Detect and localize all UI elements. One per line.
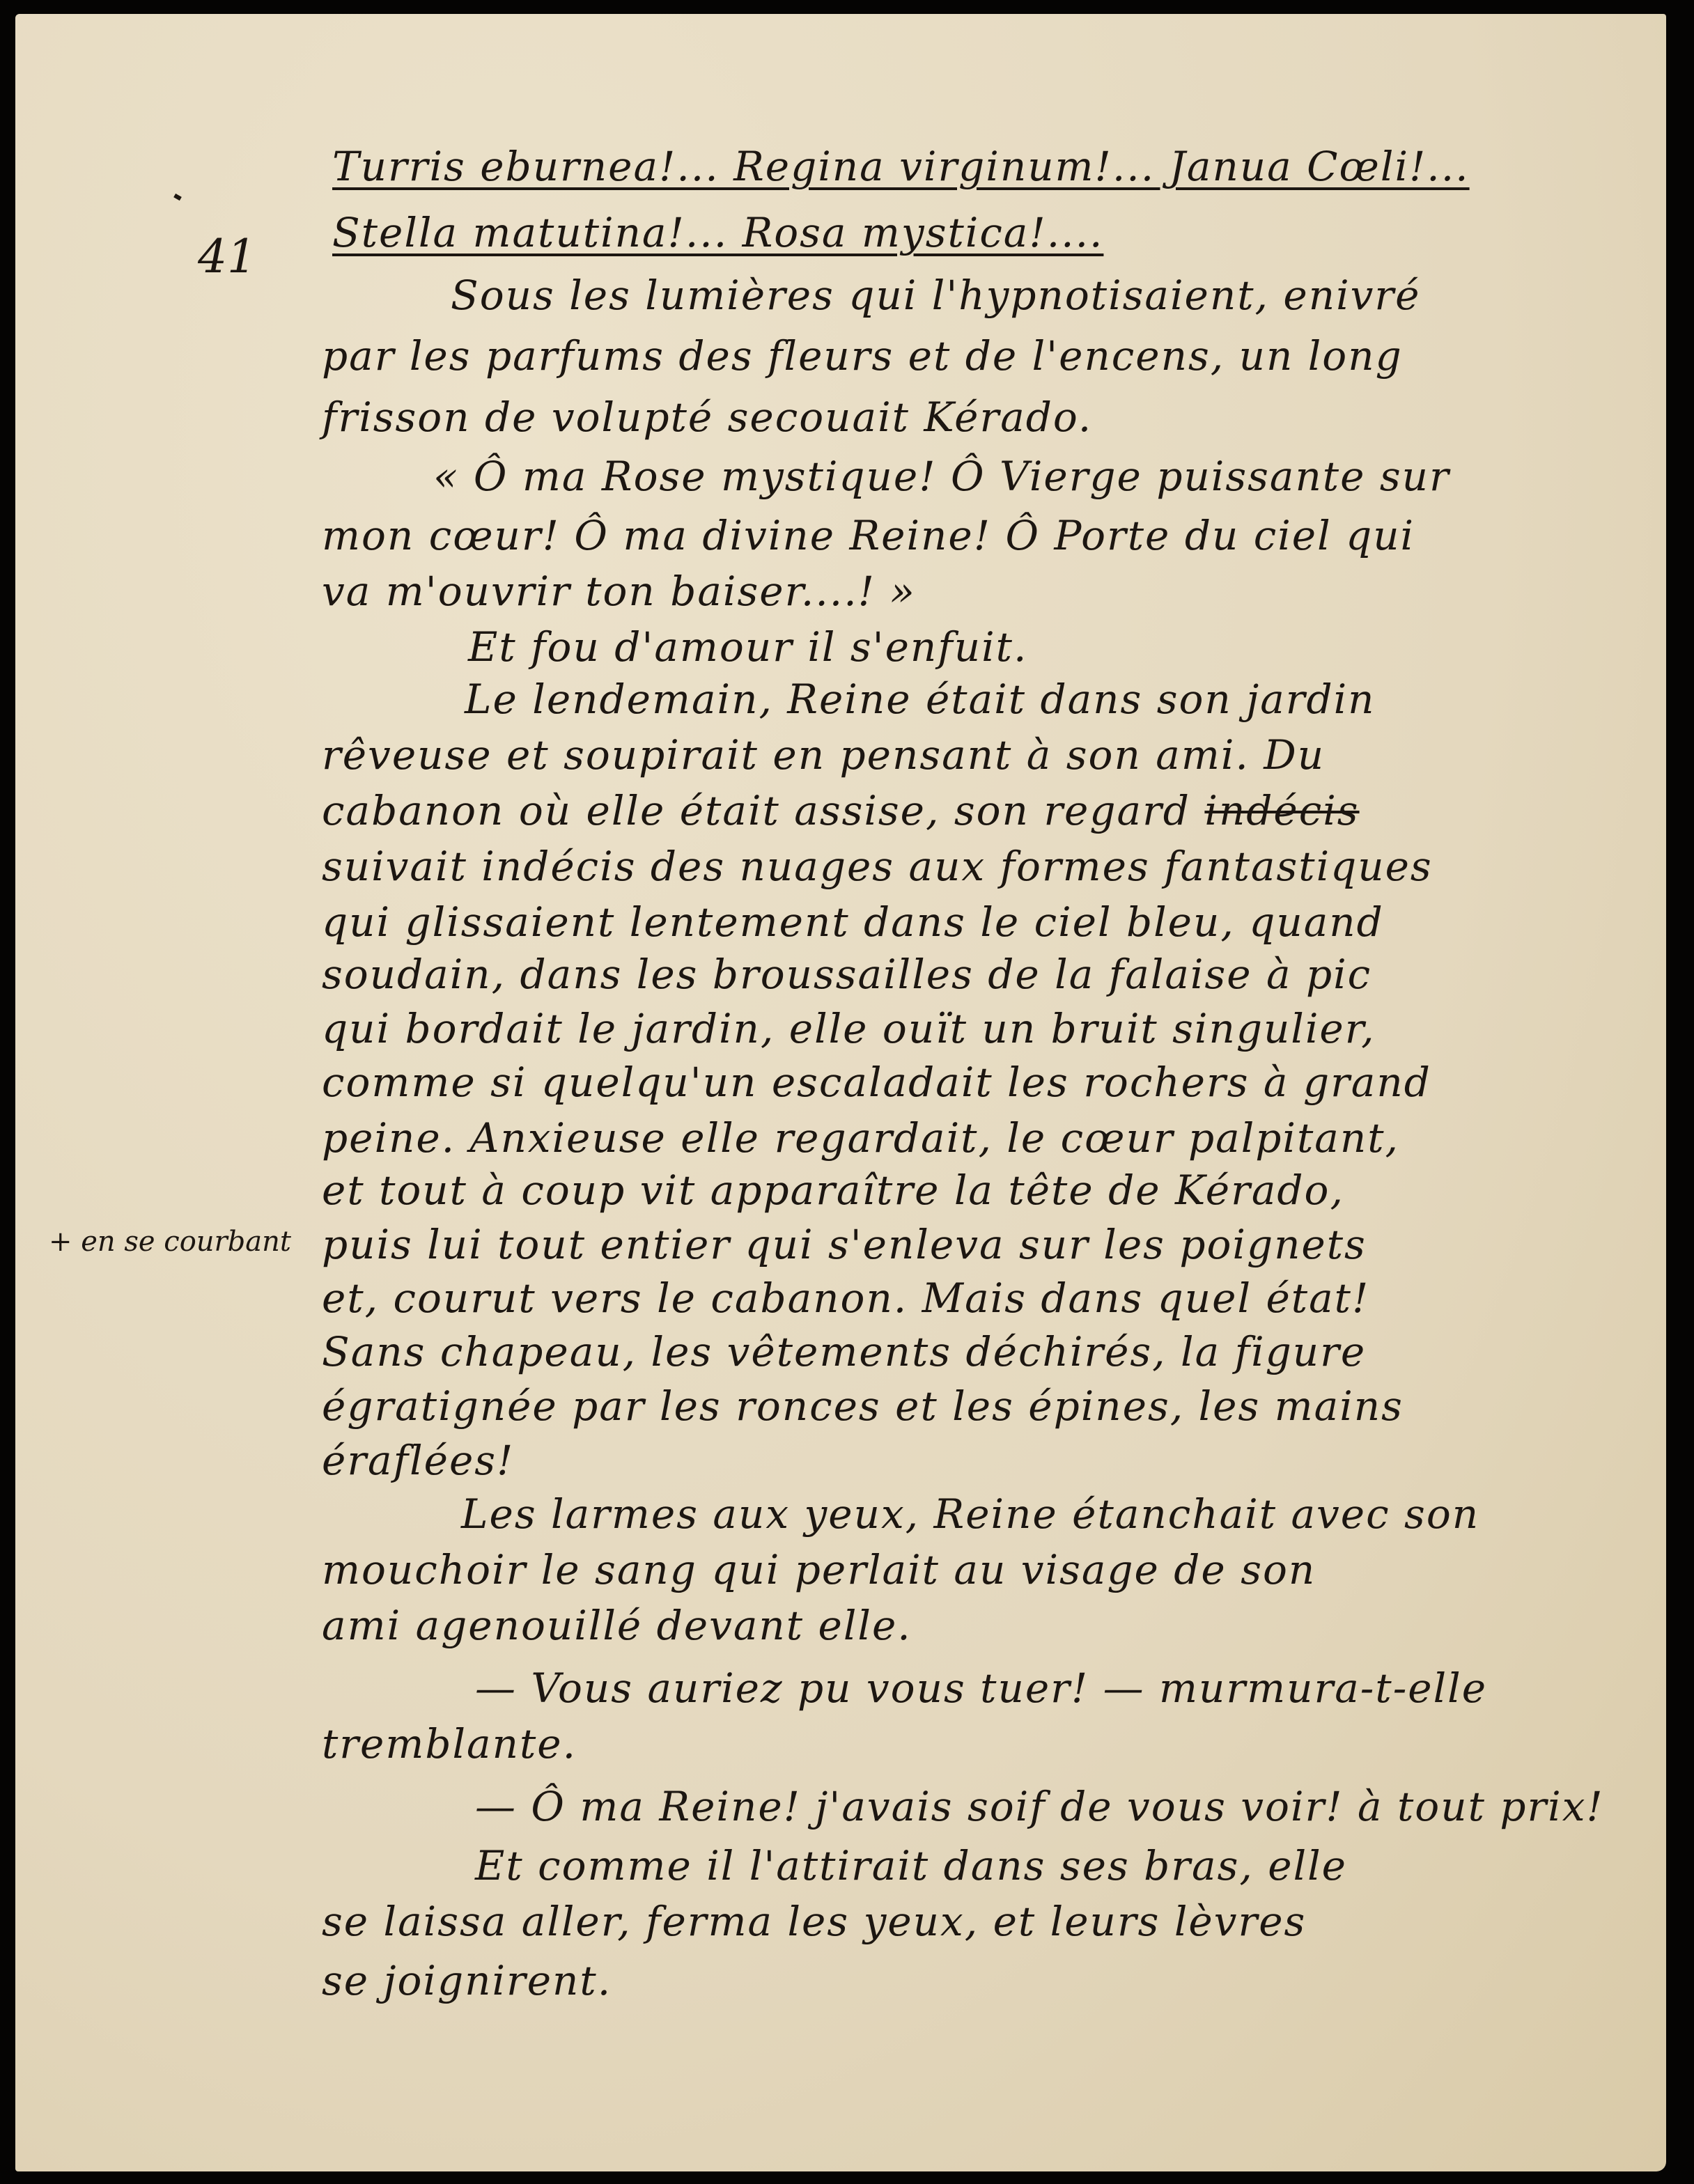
litany-line-2: Stella matutina!... Rosa mystica!.... <box>332 212 1103 253</box>
text-line: mouchoir le sang qui perlait au visage d… <box>322 1550 1316 1590</box>
text-line: — Vous auriez pu vous tuer! — murmura-t-… <box>475 1668 1487 1708</box>
text-line: Le lendemain, Reine était dans son jardi… <box>465 679 1376 719</box>
litany-line-1: Turris eburnea!... Regina virginum!... J… <box>332 146 1470 187</box>
text-line: mon cœur! Ô ma divine Reine! Ô Porte du … <box>322 515 1415 556</box>
text-line: tremblante. <box>322 1724 577 1764</box>
text-line: se joignirent. <box>322 1960 612 2001</box>
text-line: suivait indécis des nuages aux formes fa… <box>322 846 1433 887</box>
text-line: rêveuse et soupirait en pensant à son am… <box>322 735 1325 775</box>
text-line: frisson de volupté secouait Kérado. <box>322 397 1092 437</box>
text-line: égratignée par les ronces et les épines,… <box>322 1386 1404 1426</box>
text-line: Sans chapeau, les vêtements déchirés, la… <box>322 1332 1366 1372</box>
text-line: comme si quelqu'un escaladait les rocher… <box>322 1062 1431 1102</box>
text-line: cabanon où elle était assise, son regard… <box>322 790 1360 831</box>
margin-note: + en se courbant <box>49 1226 291 1258</box>
text-line: Sous les lumières qui l'hypnotisaient, e… <box>451 275 1420 315</box>
struck-word: indécis <box>1204 787 1359 834</box>
text-line: ami agenouillé devant elle. <box>322 1605 912 1646</box>
text-line: éraflées! <box>322 1440 514 1481</box>
text-span: cabanon où elle était assise, son regard <box>322 787 1190 834</box>
text-line: et, courut vers le cabanon. Mais dans qu… <box>322 1278 1369 1318</box>
text-line: va m'ouvrir ton baiser....! » <box>322 571 916 611</box>
text-line: « Ô ma Rose mystique! Ô Vierge puissante… <box>433 456 1450 497</box>
text-line: par les parfums des fleurs et de l'encen… <box>322 336 1403 376</box>
page-number: 41 <box>198 230 256 283</box>
text-line: et tout à coup vit apparaître la tête de… <box>322 1170 1344 1210</box>
text-line: qui bordait le jardin, elle ouït un brui… <box>322 1008 1376 1049</box>
text-line: se laissa aller, ferma les yeux, et leur… <box>322 1901 1306 1942</box>
text-line: — Ô ma Reine! j'avais soif de vous voir!… <box>475 1786 1604 1827</box>
text-line: soudain, dans les broussailles de la fal… <box>322 954 1371 994</box>
manuscript-page: 41 Turris eburnea!... Regina virginum!..… <box>15 14 1666 2171</box>
ink-mark <box>173 194 182 201</box>
text-line: peine. Anxieuse elle regardait, le cœur … <box>322 1118 1399 1158</box>
text-line: Les larmes aux yeux, Reine étanchait ave… <box>461 1494 1479 1534</box>
text-line: Et comme il l'attirait dans ses bras, el… <box>475 1846 1347 1886</box>
text-line: puis lui tout entier qui s'enleva sur le… <box>322 1224 1367 1265</box>
text-line: Et fou d'amour il s'enfuit. <box>468 627 1027 667</box>
text-line: qui glissaient lentement dans le ciel bl… <box>322 902 1384 942</box>
